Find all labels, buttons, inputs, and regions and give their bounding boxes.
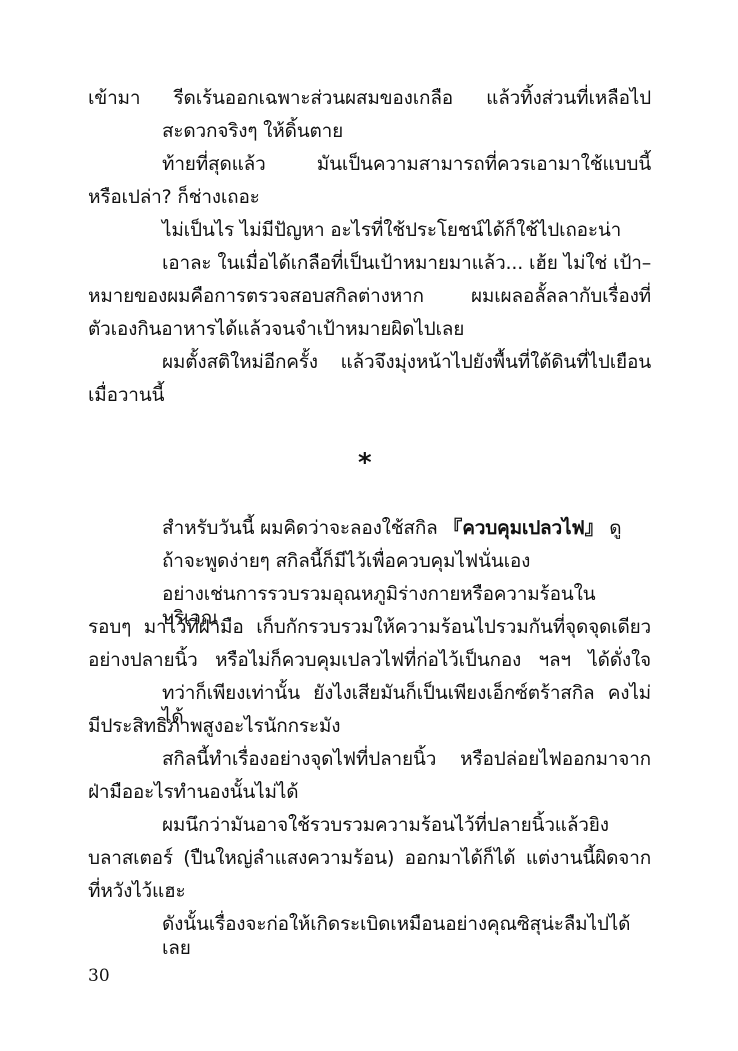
scene-break-asterisk: * (358, 448, 372, 478)
text-line: เมื่อวานนี้ (88, 383, 651, 407)
text-line: สกิลนี้ทำเรื่องอย่างจุดไฟที่ปลายนิ้ว หรื… (162, 747, 651, 771)
text-line: สะดวกจริงๆ ให้ดิ้นตาย (162, 119, 651, 143)
text-line-skill: สำหรับวันนี้ ผมคิดว่าจะลองใช้สกิล 『ควบคุ… (162, 516, 651, 540)
book-page: เข้ามา รีดเร้นออกเฉพาะส่วนผสมของเกลือ แล… (0, 0, 738, 1051)
skill-name: 『ควบคุมเปลวไฟ』 (443, 517, 603, 539)
text-segment: สำหรับวันนี้ ผมคิดว่าจะลองใช้สกิล (162, 517, 443, 539)
text-line: หมายของผมคือการตรวจสอบสกิลต่างหาก ผมเผลอ… (88, 284, 651, 308)
text-line: เอาละ ในเมื่อได้เกลือที่เป็นเป้าหมายมาแล… (162, 251, 651, 275)
text-segment: ดู (603, 517, 621, 539)
text-line: ผมตั้งสติใหม่อีกครั้ง แล้วจึงมุ่งหน้าไปย… (162, 350, 651, 374)
text-line: มีประสิทธิภาพสูงอะไรนักกระมัง (88, 714, 651, 738)
text-line: รอบๆ มาไว้ที่ฝ่ามือ เก็บกักรวบรวมให้ความ… (88, 615, 651, 639)
text-line: ดังนั้นเรื่องจะก่อให้เกิดระเบิดเหมือนอย่… (162, 912, 651, 960)
text-line: ไม่เป็นไร ไม่มีปัญหา อะไรที่ใช้ประโยชน์ไ… (162, 218, 651, 242)
text-line: หรือเปล่า? ก็ช่างเถอะ (88, 185, 651, 209)
text-line: ท้ายที่สุดแล้ว มันเป็นความสามารถที่ควรเอ… (162, 152, 651, 176)
text-line: ฝ่ามืออะไรทำนองนั้นไม่ได้ (88, 780, 651, 804)
page-number: 30 (88, 966, 110, 986)
text-line: บลาสเตอร์ (ปืนใหญ่ลำแสงความร้อน) ออกมาได… (88, 846, 651, 870)
text-line: ผมนึกว่ามันอาจใช้รวบรวมความร้อนไว้ที่ปลา… (162, 813, 651, 837)
text-line: ถ้าจะพูดง่ายๆ สกิลนี้ก็มีไว้เพื่อควบคุมไ… (162, 549, 651, 573)
text-line: ที่หวังไว้แฮะ (88, 879, 651, 903)
text-line: เข้ามา รีดเร้นออกเฉพาะส่วนผสมของเกลือ แล… (88, 86, 651, 110)
text-line: ตัวเองกินอาหารได้แล้วจนจำเป้าหมายผิดไปเล… (88, 317, 651, 341)
text-line: อย่างปลายนิ้ว หรือไม่ก็ควบคุมเปลวไฟที่ก่… (88, 648, 651, 672)
